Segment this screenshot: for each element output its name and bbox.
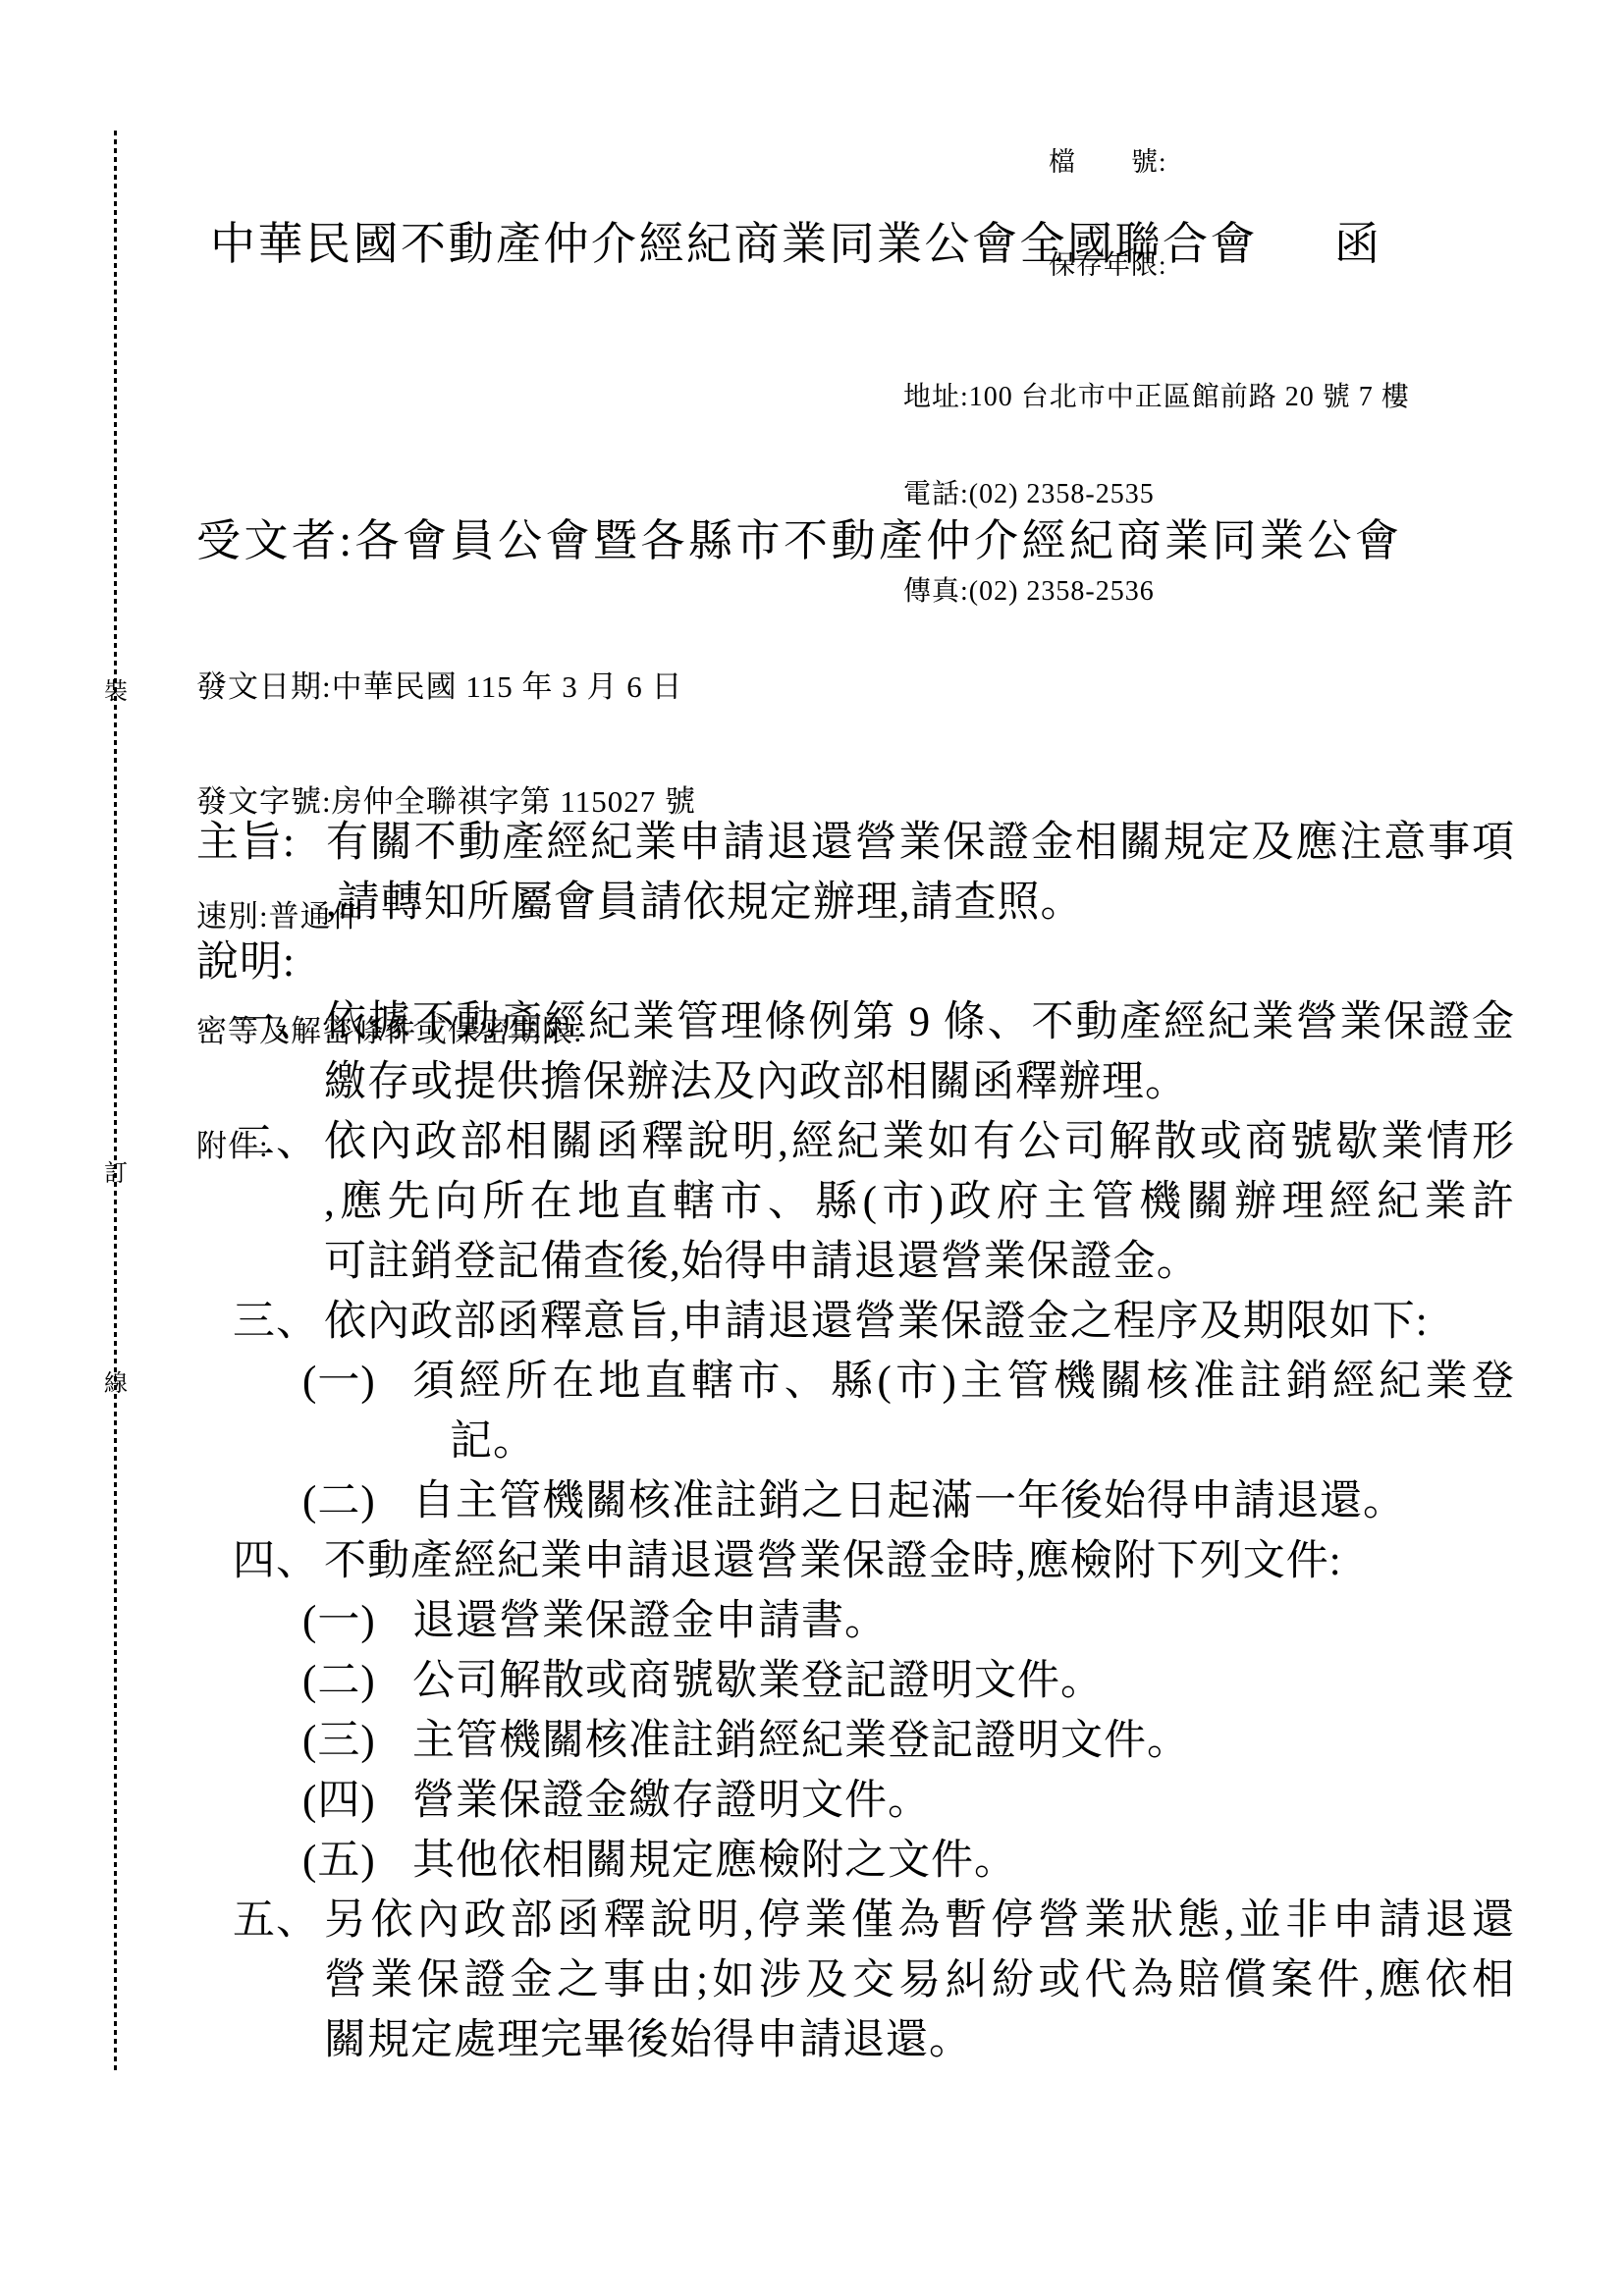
subitem-number: (一)	[302, 1352, 412, 1412]
subitem-text: 主管機關核准註銷經紀業登記證明文件。	[412, 1711, 1515, 1771]
subitem-line: 自主管機關核准註銷之日起滿一年後始得申請退還。	[412, 1471, 1515, 1531]
item-text: 依據不動產經紀業管理條例第 9 條、不動產經紀業營業保證金 繳存或提供擔保辦法及…	[324, 992, 1515, 1112]
explanation-item-3-sub-2: (二) 自主管機關核准註銷之日起滿一年後始得申請退還。	[302, 1471, 1515, 1531]
item-number: 二、	[233, 1112, 324, 1172]
subitem-line: 公司解散或商號歇業登記證明文件。	[412, 1651, 1515, 1711]
item-line: 可註銷登記備查後,始得申請退還營業保證金。	[324, 1232, 1515, 1292]
binding-mark-zhuang: 裝	[101, 679, 131, 705]
subitem-number: (二)	[302, 1471, 412, 1531]
explanation-item-4-sub-2: (二) 公司解散或商號歇業登記證明文件。	[302, 1651, 1515, 1711]
subitem-line: 記。	[412, 1412, 1515, 1471]
item-line: 依據不動產經紀業管理條例第 9 條、不動產經紀業營業保證金	[324, 992, 1515, 1052]
item-number: 四、	[233, 1531, 324, 1591]
item-text: 依內政部相關函釋說明,經紀業如有公司解散或商號歇業情形 ,應先向所在地直轄市、縣…	[324, 1112, 1515, 1292]
explanation-item-3-sub-1: (一) 須經所在地直轄市、縣(市)主管機關核准註銷經紀業登 記。	[302, 1352, 1515, 1471]
item-line: 依內政部相關函釋說明,經紀業如有公司解散或商號歇業情形	[324, 1112, 1515, 1172]
explanation-item-2: 二、 依內政部相關函釋說明,經紀業如有公司解散或商號歇業情形 ,應先向所在地直轄…	[233, 1112, 1515, 1292]
explanation-item-1: 一、 依據不動產經紀業管理條例第 9 條、不動產經紀業營業保證金 繳存或提供擔保…	[233, 992, 1515, 1112]
doc-type: 函	[1334, 218, 1382, 271]
explanation-item-4-sub-4: (四) 營業保證金繳存證明文件。	[302, 1771, 1515, 1831]
item-number: 三、	[233, 1292, 324, 1352]
fax-line: 傳真:(02) 2358-2536	[903, 575, 1410, 608]
recipient-line: 受文者:各會員公會暨各縣市不動產仲介經紀商業同業公會	[196, 515, 1403, 566]
subitem-number: (二)	[302, 1651, 412, 1711]
file-info-block: 檔 號: 保存年限:	[1049, 77, 1167, 351]
address-line: 地址:100 台北市中正區館前路 20 號 7 樓	[903, 381, 1410, 413]
item-line: ,應先向所在地直轄市、縣(市)政府主管機關辦理經紀業許	[324, 1172, 1515, 1232]
subitem-text: 公司解散或商號歇業登記證明文件。	[412, 1651, 1515, 1711]
explanation-item-5: 五、 另依內政部函釋說明,停業僅為暫停營業狀態,並非申請退還 營業保證金之事由;…	[233, 1891, 1515, 2070]
subitem-text: 退還營業保證金申請書。	[412, 1591, 1515, 1651]
subject-line: ,請轉知所屬會員請依規定辦理,請查照。	[326, 873, 1515, 933]
item-line: 依內政部函釋意旨,申請退還營業保證金之程序及期限如下:	[324, 1292, 1515, 1352]
subitem-text: 其他依相關規定應檢附之文件。	[412, 1831, 1515, 1891]
contact-block: 地址:100 台北市中正區館前路 20 號 7 樓 電話:(02) 2358-2…	[903, 316, 1410, 672]
document-body: 主旨: 有關不動產經紀業申請退還營業保證金相關規定及應注意事項 ,請轉知所屬會員…	[196, 813, 1515, 2070]
item-line: 營業保證金之事由;如涉及交易糾紛或代為賠償案件,應依相	[324, 1950, 1515, 2010]
item-number: 一、	[233, 992, 324, 1052]
item-text: 依內政部函釋意旨,申請退還營業保證金之程序及期限如下:	[324, 1292, 1515, 1352]
explanation-item-4-sub-5: (五) 其他依相關規定應檢附之文件。	[302, 1831, 1515, 1891]
binding-mark-ding: 訂	[101, 1161, 131, 1187]
binding-dashed-line	[114, 131, 117, 2074]
item-number: 五、	[233, 1891, 324, 1950]
subitem-line: 主管機關核准註銷經紀業登記證明文件。	[412, 1711, 1515, 1771]
item-text: 另依內政部函釋說明,停業僅為暫停營業狀態,並非申請退還 營業保證金之事由;如涉及…	[324, 1891, 1515, 2070]
subject-text: 有關不動產經紀業申請退還營業保證金相關規定及應注意事項 ,請轉知所屬會員請依規定…	[326, 813, 1515, 933]
subject-line: 有關不動產經紀業申請退還營業保證金相關規定及應注意事項	[326, 813, 1515, 873]
subitem-line: 其他依相關規定應檢附之文件。	[412, 1831, 1515, 1891]
binding-mark-xian: 線	[101, 1371, 131, 1397]
explanation-label: 說明:	[196, 933, 1515, 992]
subitem-line: 退還營業保證金申請書。	[412, 1591, 1515, 1651]
subitem-line: 須經所在地直轄市、縣(市)主管機關核准註銷經紀業登	[412, 1352, 1515, 1412]
item-line: 關規定處理完畢後始得申請退還。	[324, 2010, 1515, 2070]
phone-line: 電話:(02) 2358-2535	[903, 478, 1410, 510]
item-line: 繳存或提供擔保辦法及內政部相關函釋辦理。	[324, 1052, 1515, 1112]
subitem-text: 自主管機關核准註銷之日起滿一年後始得申請退還。	[412, 1471, 1515, 1531]
subject-section: 主旨: 有關不動產經紀業申請退還營業保證金相關規定及應注意事項 ,請轉知所屬會員…	[196, 813, 1515, 933]
subitem-text: 須經所在地直轄市、縣(市)主管機關核准註銷經紀業登 記。	[412, 1352, 1515, 1471]
subitem-number: (四)	[302, 1771, 412, 1831]
subitem-number: (五)	[302, 1831, 412, 1891]
official-letter-page: 裝 訂 線 檔 號: 保存年限: 中華民國不動產仲介經紀商業同業公會全國聯合會 …	[0, 0, 1624, 2296]
issue-date-line: 發文日期:中華民國 115 年 3 月 6 日	[196, 667, 696, 706]
explanation-item-4-sub-3: (三) 主管機關核准註銷經紀業登記證明文件。	[302, 1711, 1515, 1771]
subitem-line: 營業保證金繳存證明文件。	[412, 1771, 1515, 1831]
item-text: 不動產經紀業申請退還營業保證金時,應檢附下列文件:	[324, 1531, 1515, 1591]
item-line: 另依內政部函釋說明,停業僅為暫停營業狀態,並非申請退還	[324, 1891, 1515, 1950]
org-name: 中華民國不動產仲介經紀商業同業公會全國聯合會	[210, 218, 1258, 271]
document-title-row: 中華民國不動產仲介經紀商業同業公會全國聯合會 函	[210, 218, 1382, 271]
explanation-item-3: 三、 依內政部函釋意旨,申請退還營業保證金之程序及期限如下:	[233, 1292, 1515, 1352]
subitem-number: (三)	[302, 1711, 412, 1771]
item-line: 不動產經紀業申請退還營業保證金時,應檢附下列文件:	[324, 1531, 1515, 1591]
subject-label: 主旨:	[196, 813, 326, 873]
file-number-label: 檔 號:	[1049, 145, 1167, 180]
subitem-number: (一)	[302, 1591, 412, 1651]
explanation-item-4-sub-1: (一) 退還營業保證金申請書。	[302, 1591, 1515, 1651]
explanation-item-4: 四、 不動產經紀業申請退還營業保證金時,應檢附下列文件:	[233, 1531, 1515, 1591]
subitem-text: 營業保證金繳存證明文件。	[412, 1771, 1515, 1831]
